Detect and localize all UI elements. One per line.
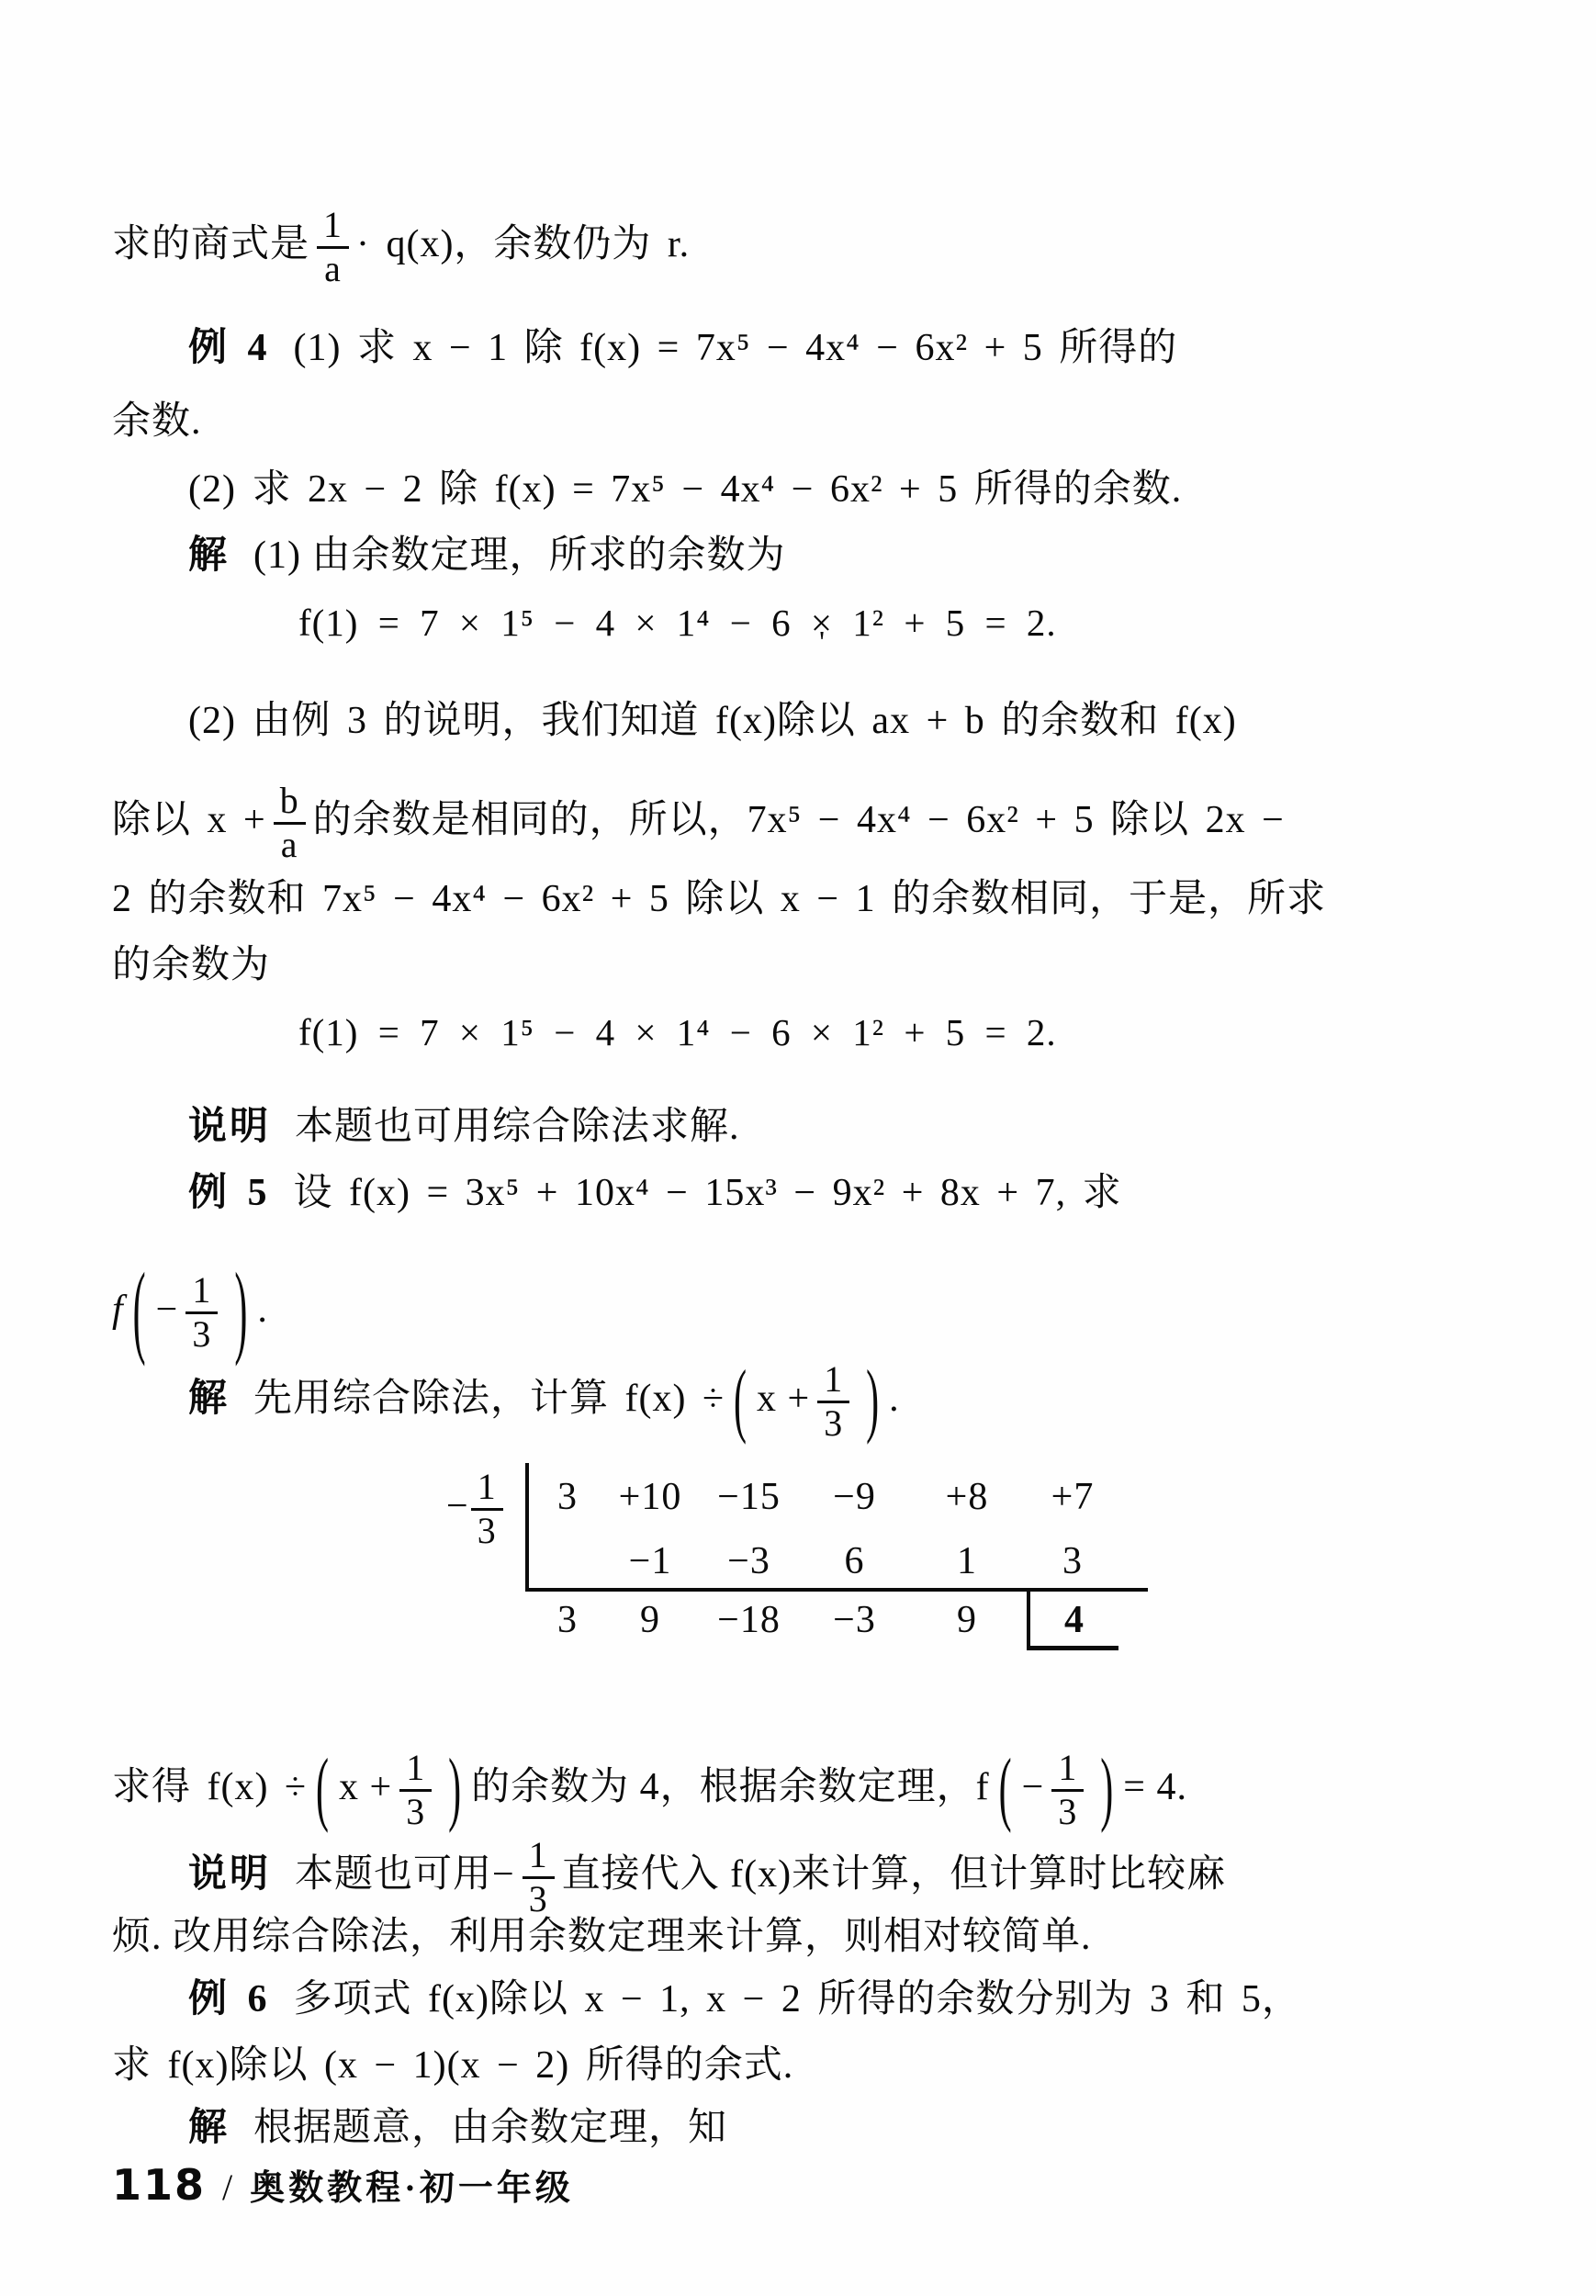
note2-line1: 说明本题也可用−13直接代入 f(x)来计算，但计算时比较麻 — [188, 1837, 1226, 1918]
example4-part2-line3: 2 的余数和 7x⁵ − 4x⁴ − 6x² + 5 除以 x − 1 的余数相… — [112, 874, 1326, 925]
example4-solution-intro: 解(1) 由余数定理，所求的余数为 — [188, 531, 786, 581]
textbook-scan-page: 求的商式是1a· q(x)，余数仍为 r. 例 4(1) 求 x − 1 除 f… — [0, 0, 1596, 2296]
result-pre: 求得 f(x) ÷ — [112, 1766, 307, 1808]
synthetic-division-table: −13 3 +10 −15 −9 +8 +7 −1 −3 6 1 3 3 9 −… — [459, 1463, 1175, 1660]
fraction-1-over-3: 13 — [523, 1837, 555, 1918]
solution-label: 解 — [188, 535, 230, 577]
part2-line3-text: 2 的余数和 7x⁵ − 4x⁴ − 6x² + 5 除以 x − 1 的余数相… — [112, 878, 1326, 920]
division-row-products: −1 −3 6 1 3 — [531, 1533, 1118, 1587]
fraction-1-over-3: 13 — [399, 1750, 432, 1830]
cell: 3 — [531, 1592, 604, 1650]
cell: +8 — [907, 1469, 1027, 1523]
note2-pre: 本题也可用− — [295, 1853, 515, 1896]
close-paren-large: ) — [1100, 1737, 1114, 1844]
example6-line1-text: 多项式 f(x)除以 x − 1, x − 2 所得的余数分别为 3 和 5， — [294, 1978, 1301, 2020]
example4-question2: (2) 求 2x − 2 除 f(x) = 7x⁵ − 4x⁴ − 6x² + … — [188, 465, 1182, 515]
example4-question1: 例 4(1) 求 x − 1 除 f(x) = 7x⁵ − 4x⁴ − 6x² … — [188, 323, 1177, 374]
example5-setup: 例 5设 f(x) = 3x⁵ + 10x⁴ − 15x³ − 9x² + 8x… — [188, 1168, 1122, 1219]
part2-line2-post: 的余数是相同的，所以，7x⁵ − 4x⁴ − 6x² + 5 除以 2x − — [313, 799, 1285, 841]
open-paren-large: ( — [316, 1737, 330, 1844]
fraction-1-over-a: 1a — [317, 207, 349, 287]
minus-sign: − — [1022, 1766, 1045, 1808]
cell: −18 — [696, 1592, 802, 1650]
example5-setup-text: 设 f(x) = 3x⁵ + 10x⁴ − 15x³ − 9x² + 8x + … — [294, 1172, 1122, 1214]
cell: 3 — [1027, 1533, 1118, 1587]
example5-solution-pre: 先用综合除法，计算 f(x) ÷ — [253, 1378, 725, 1420]
cell: −3 — [802, 1592, 907, 1650]
example6-solution-label: 解 — [188, 2107, 230, 2149]
close-paren-large: ) — [866, 1348, 880, 1456]
intro-text-post: · q(x)，余数仍为 r. — [356, 223, 690, 265]
fraction-1-over-3: 13 — [185, 1272, 218, 1353]
example4-q2-text: (2) 求 2x − 2 除 f(x) = 7x⁵ − 4x⁴ − 6x² + … — [188, 468, 1182, 511]
cell: −9 — [802, 1469, 907, 1523]
example5-solution-label: 解 — [188, 1378, 230, 1420]
example4-part2-line4: 的余数为 — [112, 940, 270, 991]
open-paren-large: ( — [133, 1245, 147, 1380]
period: . — [889, 1378, 900, 1420]
page-number: 118 — [112, 2160, 206, 2210]
divisor-fraction-1-over-3: 13 — [471, 1469, 503, 1549]
period: . — [257, 1289, 268, 1331]
formula-f1-second: f(1) = 7 × 1⁵ − 4 × 1⁴ − 6 × 1² + 5 = 2. — [298, 1008, 1057, 1057]
formula-f1-second-text: f(1) = 7 × 1⁵ − 4 × 1⁴ − 6 × 1² + 5 = 2. — [298, 1011, 1057, 1053]
example6-line2: 求 f(x)除以 (x − 1)(x − 2) 所得的余式. — [112, 2041, 793, 2091]
scan-artifact-mark: ' — [819, 623, 826, 663]
part2-line4-text: 的余数为 — [112, 944, 270, 986]
example6-line1: 例 6多项式 f(x)除以 x − 1, x − 2 所得的余数分别为 3 和 … — [188, 1975, 1301, 2025]
example5-f-expression: f(−13). — [112, 1272, 268, 1353]
part2-line2-pre: 除以 x + — [112, 799, 266, 841]
fraction-b-over-a: ba — [274, 782, 306, 863]
example4-part2-line2: 除以 x +ba的余数是相同的，所以，7x⁵ − 4x⁴ − 6x² + 5 除… — [112, 782, 1285, 863]
division-vertical-bar — [525, 1463, 529, 1588]
cell: 3 — [531, 1469, 604, 1523]
cell: −3 — [696, 1533, 802, 1587]
note2-line2-text: 烦. 改用综合除法，利用余数定理来计算，则相对较简单. — [112, 1916, 1092, 1958]
note2-post: 直接代入 f(x)来计算，但计算时比较麻 — [562, 1853, 1226, 1896]
cell — [531, 1533, 604, 1587]
cell: 1 — [907, 1533, 1027, 1587]
example4-question1-cont: 余数. — [112, 397, 202, 447]
formula-f1-first: f(1) = 7 × 1⁵ − 4 × 1⁴ − 6 × 1² + 5 = 2. — [298, 599, 1057, 647]
division-row-coefficients: 3 +10 −15 −9 +8 +7 — [531, 1469, 1118, 1523]
note1-label: 说明 — [188, 1106, 271, 1148]
page-footer: 118/奥数教程·初一年级 — [112, 2158, 574, 2213]
result-line: 求得 f(x) ÷(x +13)的余数为 4，根据余数定理，f(−13)= 4. — [112, 1750, 1187, 1830]
example4-part2-line1: (2) 由例 3 的说明，我们知道 f(x)除以 ax + b 的余数和 f(x… — [188, 696, 1237, 747]
cell: +7 — [1027, 1469, 1118, 1523]
note1-text: 本题也可用综合除法求解. — [295, 1106, 740, 1148]
formula-f1-text: f(1) = 7 × 1⁵ − 4 × 1⁴ − 6 × 1² + 5 = 2. — [298, 602, 1057, 644]
open-paren-large: ( — [734, 1348, 747, 1456]
example5-solution-line: 解先用综合除法，计算 f(x) ÷(x +13). — [188, 1361, 900, 1442]
note2-line2: 烦. 改用综合除法，利用余数定理来计算，则相对较简单. — [112, 1912, 1092, 1963]
footer-separator: / — [222, 2167, 233, 2208]
fraction-1-over-3: 13 — [1051, 1750, 1084, 1830]
note2-label: 说明 — [188, 1853, 271, 1896]
divisor-cell: −13 — [446, 1469, 505, 1549]
example4-q1-cont-text: 余数. — [112, 400, 202, 443]
cell: 6 — [802, 1533, 907, 1587]
note1-line: 说明本题也可用综合除法求解. — [188, 1102, 740, 1153]
close-paren-large: ) — [234, 1245, 248, 1380]
example5-label: 例 5 — [188, 1172, 270, 1214]
solution-intro-text: (1) 由余数定理，所求的余数为 — [253, 535, 785, 577]
inner-x-plus: x + — [757, 1378, 810, 1420]
cell: 9 — [604, 1592, 696, 1650]
example6-solution-line: 解根据题意，由余数定理，知 — [188, 2103, 727, 2154]
remainder-box: 4 — [1027, 1592, 1118, 1650]
result-inner-x-plus: x + — [339, 1766, 392, 1808]
cell: +10 — [604, 1469, 696, 1523]
intro-line: 求的商式是1a· q(x)，余数仍为 r. — [112, 207, 690, 287]
close-paren-large: ) — [448, 1737, 462, 1844]
division-row-result: 3 9 −18 −3 9 4 — [531, 1592, 1118, 1650]
result-mid: 的余数为 4，根据余数定理，f — [471, 1766, 990, 1808]
example4-q1-text: (1) 求 x − 1 除 f(x) = 7x⁵ − 4x⁴ − 6x² + 5… — [294, 327, 1178, 369]
example6-line2-text: 求 f(x)除以 (x − 1)(x − 2) 所得的余式. — [112, 2044, 793, 2087]
example6-solution-text: 根据题意，由余数定理，知 — [253, 2107, 727, 2149]
intro-text-pre: 求的商式是 — [112, 223, 309, 265]
part2-line1-text: (2) 由例 3 的说明，我们知道 f(x)除以 ax + b 的余数和 f(x… — [188, 700, 1237, 742]
book-title: 奥数教程·初一年级 — [250, 2169, 574, 2208]
result-post: = 4. — [1123, 1766, 1187, 1808]
cell: 9 — [907, 1592, 1027, 1650]
example4-label: 例 4 — [188, 327, 270, 369]
cell: −1 — [604, 1533, 696, 1587]
f-symbol: f — [112, 1289, 124, 1331]
fraction-1-over-3: 13 — [817, 1361, 849, 1442]
open-paren-large: ( — [999, 1737, 1013, 1844]
cell: −15 — [696, 1469, 802, 1523]
example6-label: 例 6 — [188, 1978, 270, 2020]
divisor-minus: − — [446, 1485, 469, 1527]
minus-sign: − — [156, 1289, 179, 1331]
